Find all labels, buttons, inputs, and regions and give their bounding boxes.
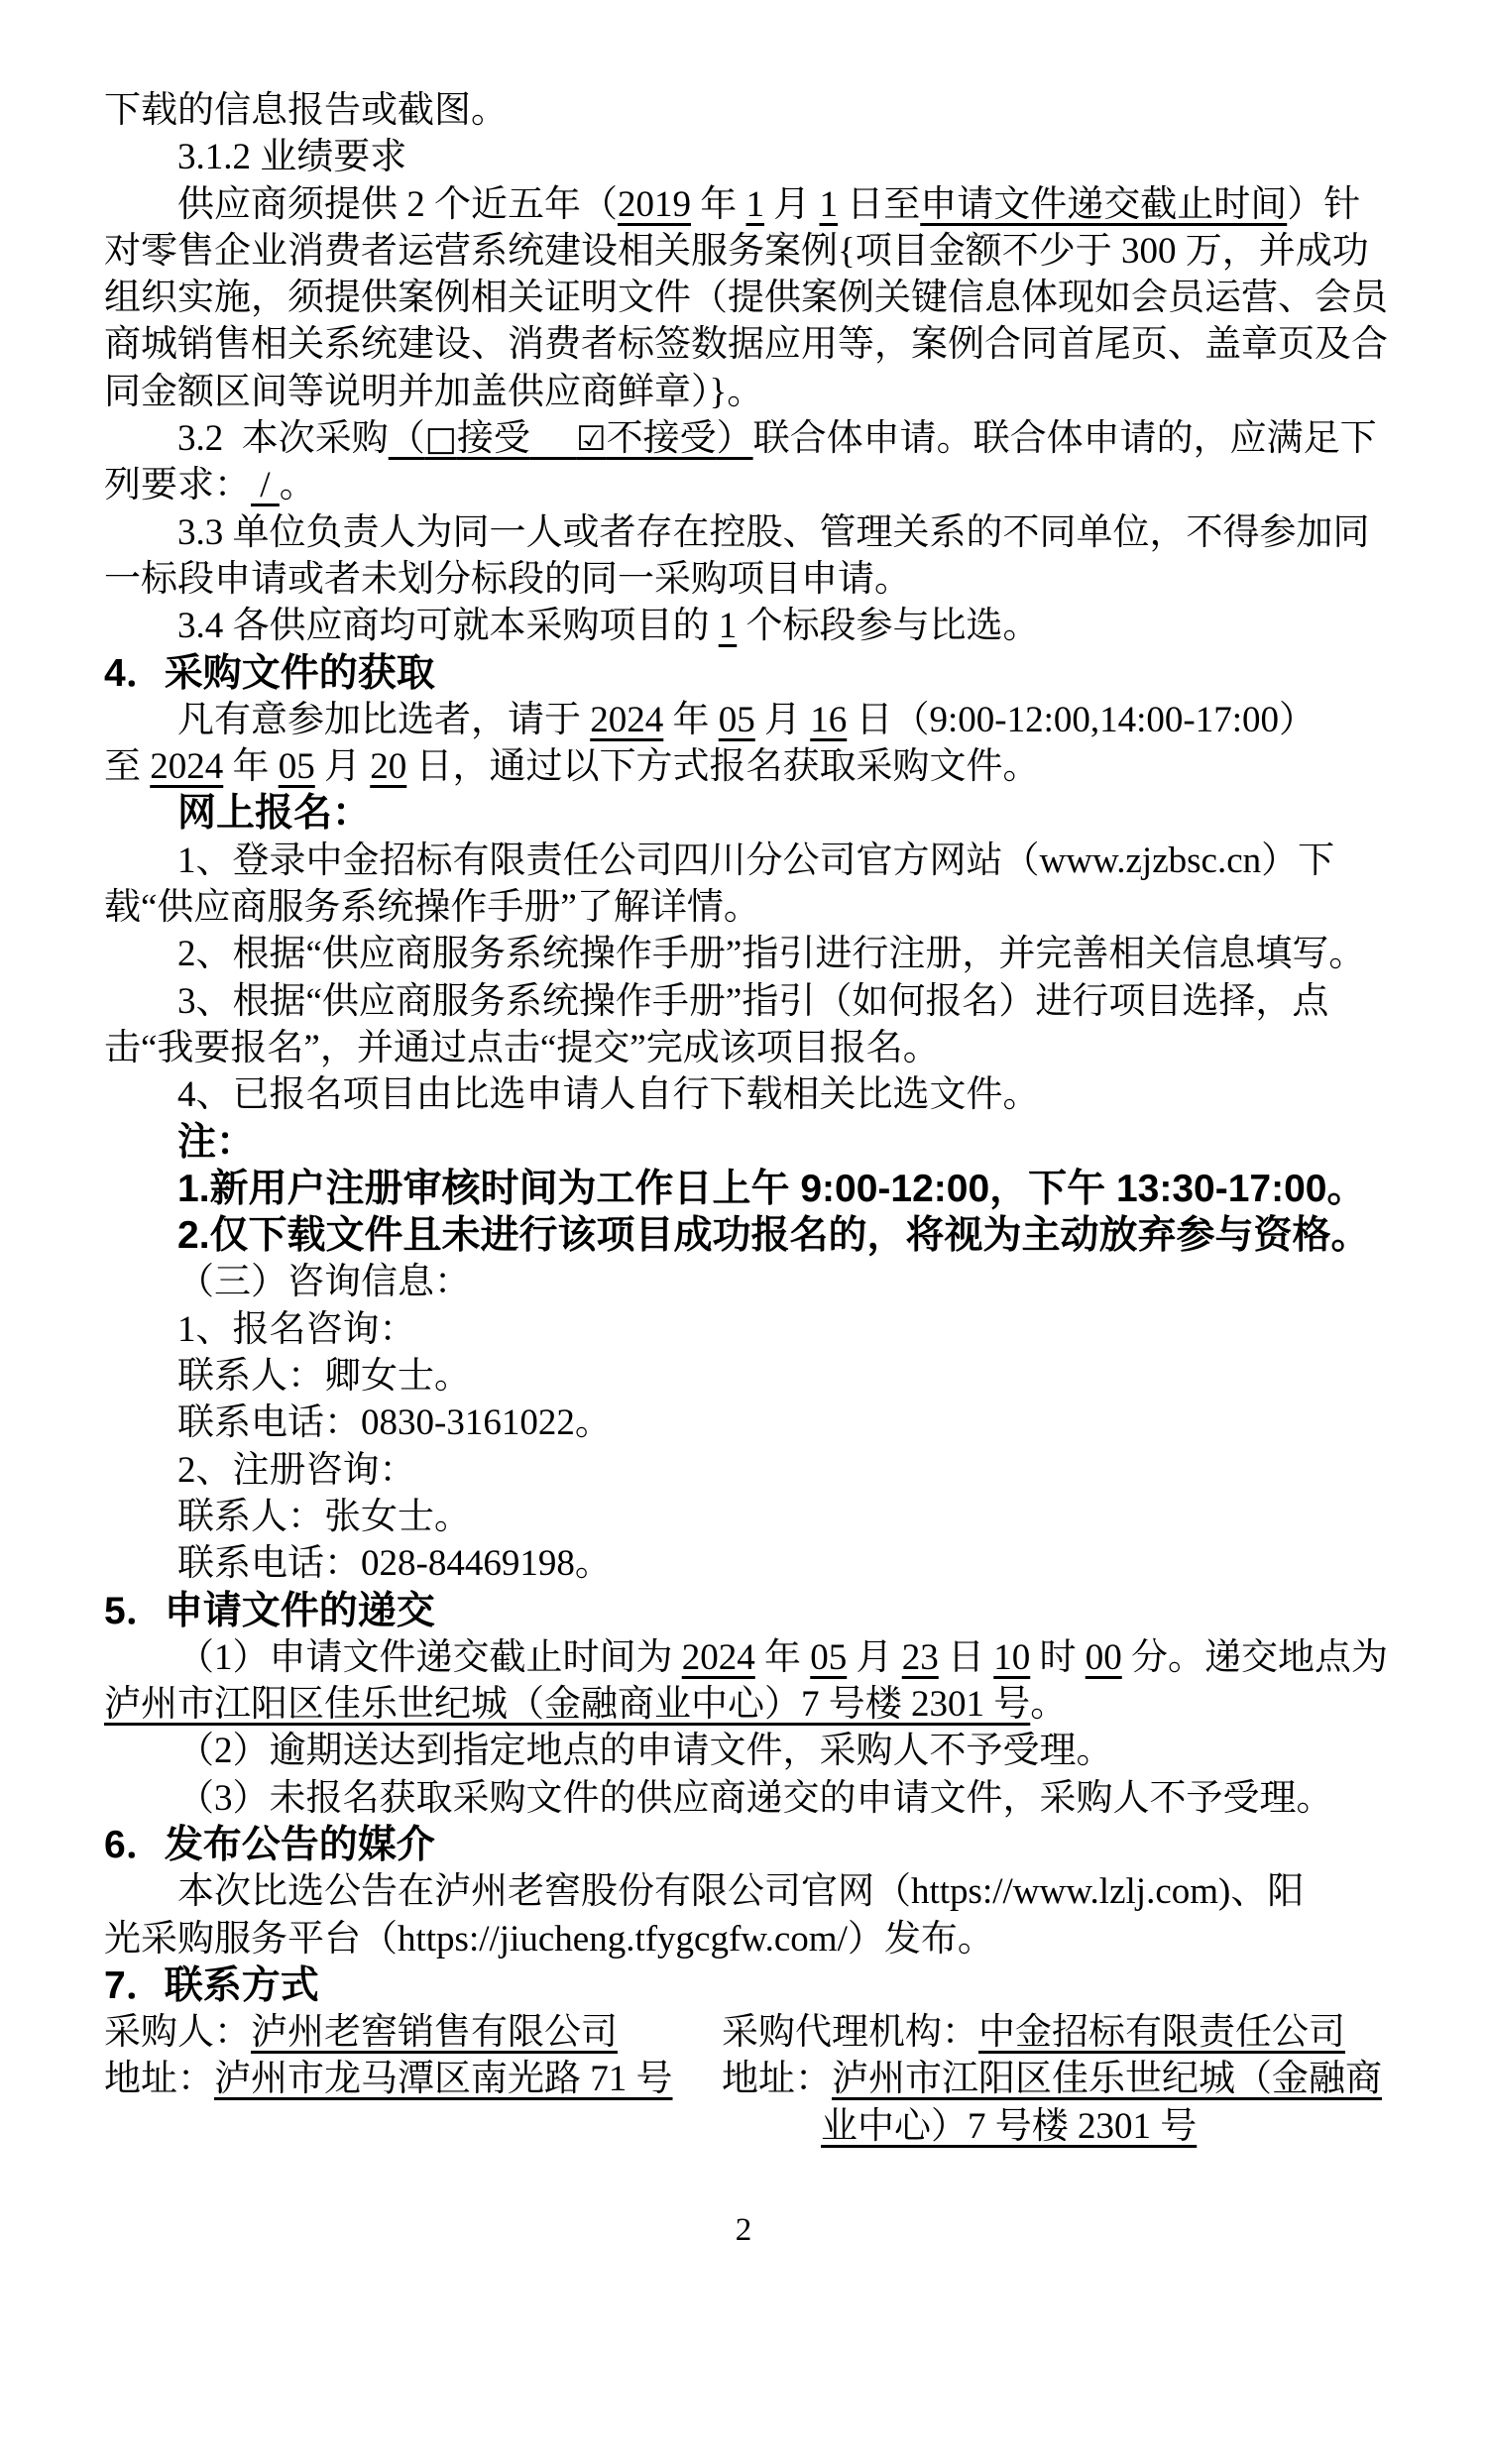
text-segment: 日，通过以下方式报名获取采购文件。 <box>406 746 1039 787</box>
text-segment: 联系电话：0830-3161022。 <box>177 1402 612 1443</box>
text-segment: 泸州市江阳区佳乐世纪城（金融商业中心）7 号楼 2301 号 <box>104 1684 1030 1725</box>
text-segment: 一标段申请或者未划分标段的同一采购项目申请。 <box>104 559 911 600</box>
text-segment: 凡有意参加比选者，请于 <box>177 700 590 740</box>
text-segment: 联系人：卿女士。 <box>177 1356 471 1397</box>
text-segment: 4．采购文件的获取 <box>104 652 435 695</box>
text-segment: 列要求： <box>104 465 251 505</box>
heading-online-registration: 网上报名： <box>104 790 1393 837</box>
para-media: 本次比选公告在泸州老窖股份有限公司官网（https://www.lzlj.com… <box>104 1868 1393 1915</box>
text-segment: 联系电话：028-84469198。 <box>177 1543 612 1584</box>
column-right: 采购代理机构：中金招标有限责任公司 <box>722 2009 1345 2056</box>
para-note-2: 2.仅下载文件且未进行该项目成功报名的，将视为主动放弃参与资格。 <box>104 1212 1393 1259</box>
text-segment: 组织实施，须提供案例相关证明文件（提供案例关键信息体现如会员运营、会员 <box>104 278 1388 318</box>
text-segment: 至 <box>104 746 150 787</box>
text-segment: 1 <box>719 606 738 646</box>
text-segment: 10 <box>993 1637 1030 1678</box>
text-segment: 月 <box>847 1637 902 1678</box>
checkbox-checked-icon: ☑ <box>576 419 606 459</box>
heading-3-1-2: 3.1.2 业绩要求 <box>104 134 1393 180</box>
text-segment: 泸州老窖销售有限公司 <box>251 2012 618 2053</box>
text-segment: 1 <box>746 184 765 225</box>
page-number: 2 <box>0 2207 1487 2254</box>
text-segment: 泸州市龙马潭区南光路 71 号 <box>214 2059 673 2099</box>
text-segment: 年 <box>691 184 746 225</box>
text-segment: （ <box>389 418 425 459</box>
text-segment: / <box>251 465 280 505</box>
para-unregistered: （3）未报名获取采购文件的供应商递交的申请文件，采购人不予受理。 <box>104 1775 1393 1822</box>
heading-5-submission: 5．申请文件的递交 <box>104 1588 1393 1634</box>
text-segment: 1、报名咨询： <box>177 1309 416 1350</box>
text-segment: 年 <box>755 1637 811 1678</box>
para-performance-req: 商城销售相关系统建设、消费者标签数据应用等，案例合同首尾页、盖章页及合 <box>104 321 1393 368</box>
text-segment: 3.4 各供应商均可就本采购项目的 <box>177 606 719 646</box>
para-step-1: 载“供应商服务系统操作手册”了解详情。 <box>104 884 1393 931</box>
text-segment: 联系人：张女士。 <box>177 1497 471 1537</box>
text-segment: 采购代理机构： <box>722 2012 978 2053</box>
para-3-4-lots: 3.4 各供应商均可就本采购项目的 1 个标段参与比选。 <box>104 603 1393 649</box>
text-segment: 2024 <box>150 746 223 787</box>
text-segment: 分。递交地点为 <box>1122 1637 1388 1678</box>
para-contact-person: 联系人：卿女士。 <box>104 1353 1393 1400</box>
text-segment: 下载的信息报告或截图。 <box>104 90 508 131</box>
document-page: 下载的信息报告或截图。3.1.2 业绩要求供应商须提供 2 个近五年（2019 … <box>0 0 1487 2464</box>
heading-consult-info: （三）咨询信息： <box>104 1259 1393 1305</box>
heading-7-contact: 7．联系方式 <box>104 1962 1393 2009</box>
row-purchaser-agency: 采购人：泸州老窖销售有限公司采购代理机构：中金招标有限责任公司 <box>104 2009 1393 2056</box>
para-note-1: 1.新用户注册审核时间为工作日上午 9:00-12:00，下午 13:30-17… <box>104 1166 1393 1212</box>
text-segment: 申请文件递交截止时间 <box>920 184 1287 225</box>
text-segment: 年 <box>663 700 719 740</box>
text-segment: 联合体申请。联合体申请的，应满足下 <box>753 418 1377 459</box>
para-performance-req: 组织实施，须提供案例相关证明文件（提供案例关键信息体现如会员运营、会员 <box>104 275 1393 321</box>
text-segment: 2024 <box>682 1637 755 1678</box>
para-download-note: 下载的信息报告或截图。 <box>104 87 1393 134</box>
column-right: 业中心）7 号楼 2301 号 <box>821 2103 1197 2150</box>
text-segment: 05 <box>719 700 755 740</box>
para-performance-req: 对零售企业消费者运营系统建设相关服务案例{项目金额不少于 300 万，并成功 <box>104 228 1393 275</box>
text-segment: 3.3 单位负责人为同一人或者存在控股、管理关系的不同单位，不得参加同 <box>177 512 1370 553</box>
para-contact-phone: 联系电话：0830-3161022。 <box>104 1400 1393 1446</box>
para-contact-person: 联系人：张女士。 <box>104 1494 1393 1540</box>
text-segment: 2、根据“供应商服务系统操作手册”指引进行注册，并完善相关信息填写。 <box>177 934 1365 974</box>
text-segment: 2019 <box>618 184 691 225</box>
text-segment: 3.2 本次采购 <box>177 418 389 459</box>
text-segment: 2、注册咨询： <box>177 1450 416 1491</box>
text-segment: 日至 <box>838 184 920 225</box>
para-signup-consult: 1、报名咨询： <box>104 1306 1393 1353</box>
text-segment: 7．联系方式 <box>104 1964 319 2007</box>
text-segment: 。 <box>1030 1684 1067 1725</box>
text-segment: 本次比选公告在泸州老窖股份有限公司官网（https://www.lzlj.com… <box>177 1871 1304 1912</box>
text-segment: 05 <box>810 1637 847 1678</box>
para-deadline: （1）申请文件递交截止时间为 2024 年 05 月 23 日 10 时 00 … <box>104 1634 1393 1681</box>
text-segment: 地址： <box>104 2059 214 2099</box>
text-segment: 23 <box>902 1637 939 1678</box>
text-segment: 2.仅下载文件且未进行该项目成功报名的，将视为主动放弃参与资格。 <box>177 1214 1370 1257</box>
text-segment: 网上报名： <box>177 792 371 835</box>
heading-6-media: 6．发布公告的媒介 <box>104 1822 1393 1868</box>
text-segment: 接受 <box>457 418 530 459</box>
para-3-2-consortium: 列要求： / 。 <box>104 462 1393 508</box>
text-segment: 4、已报名项目由比选申请人自行下载相关比选文件。 <box>177 1074 1040 1115</box>
text-segment: 时 <box>1030 1637 1086 1678</box>
text-segment: 光采购服务平台（https://jiucheng.tfygcgfw.com/）发… <box>104 1919 994 1960</box>
text-segment: 击“我要报名”，并通过点击“提交”完成该项目报名。 <box>104 1028 940 1068</box>
text-segment: 月 <box>764 184 820 225</box>
para-register-consult: 2、注册咨询： <box>104 1447 1393 1494</box>
text-segment: 载“供应商服务系统操作手册”了解详情。 <box>104 887 760 928</box>
row-addresses: 地址：泸州市龙马潭区南光路 71 号地址：泸州市江阳区佳乐世纪城（金融商 <box>104 2056 1393 2102</box>
heading-4-document-acquisition: 4．采购文件的获取 <box>104 650 1393 697</box>
column-left: 采购人：泸州老窖销售有限公司 <box>104 2009 618 2056</box>
para-step-3: 击“我要报名”，并通过点击“提交”完成该项目报名。 <box>104 1025 1393 1071</box>
para-performance-req: 同金额区间等说明并加盖供应商鲜章）}。 <box>104 369 1393 415</box>
text-segment: 1.新用户注册审核时间为工作日上午 9:00-12:00，下午 13:30-17… <box>177 1168 1365 1210</box>
text-segment: 00 <box>1086 1637 1122 1678</box>
text-segment: 采购人： <box>104 2012 251 2053</box>
text-segment: 日（9:00-12:00,14:00-17:00） <box>847 700 1315 740</box>
text-segment: 个标段参与比选。 <box>737 606 1039 646</box>
text-segment: 5．申请文件的递交 <box>104 1590 435 1632</box>
text-segment: （1）申请文件递交截止时间为 <box>177 1637 682 1678</box>
text-segment: 商城销售相关系统建设、消费者标签数据应用等，案例合同首尾页、盖章页及合 <box>104 324 1388 365</box>
para-acquisition-time: 凡有意参加比选者，请于 2024 年 05 月 16 日（9:00-12:00,… <box>104 697 1393 743</box>
checkbox-unchecked-icon: □ <box>425 419 457 459</box>
text-segment: 注： <box>177 1121 255 1164</box>
text-segment: ） <box>717 418 753 459</box>
text-segment: 2024 <box>590 700 663 740</box>
heading-note: 注： <box>104 1119 1393 1166</box>
text-segment: 16 <box>810 700 847 740</box>
text-segment: 供应商须提供 2 个近五年（ <box>177 184 618 225</box>
text-segment <box>530 418 576 459</box>
text-segment: 泸州市江阳区佳乐世纪城（金融商 <box>832 2059 1382 2099</box>
para-step-2: 2、根据“供应商服务系统操作手册”指引进行注册，并完善相关信息填写。 <box>104 931 1393 977</box>
text-segment: 业中心）7 号楼 2301 号 <box>821 2106 1197 2147</box>
text-segment: 月 <box>755 700 811 740</box>
para-step-4: 4、已报名项目由比选申请人自行下载相关比选文件。 <box>104 1071 1393 1118</box>
text-segment: 中金招标有限责任公司 <box>978 2012 1345 2053</box>
para-media: 光采购服务平台（https://jiucheng.tfygcgfw.com/）发… <box>104 1916 1393 1962</box>
column-right: 地址：泸州市江阳区佳乐世纪城（金融商 <box>722 2056 1382 2102</box>
text-segment: 1 <box>820 184 839 225</box>
text-segment: （2）逾期送达到指定地点的申请文件，采购人不予受理。 <box>177 1731 1113 1771</box>
row-address-continued: 业中心）7 号楼 2301 号 <box>104 2103 1393 2150</box>
para-3-3-same-person: 一标段申请或者未划分标段的同一采购项目申请。 <box>104 556 1393 603</box>
para-acquisition-time: 至 2024 年 05 月 20 日，通过以下方式报名获取采购文件。 <box>104 743 1393 790</box>
para-performance-req: 供应商须提供 2 个近五年（2019 年 1 月 1 日至申请文件递交截止时间）… <box>104 181 1393 228</box>
para-step-1: 1、登录中金招标有限责任公司四川分公司官方网站（www.zjzbsc.cn）下 <box>104 838 1393 884</box>
para-deadline-address: 泸州市江阳区佳乐世纪城（金融商业中心）7 号楼 2301 号。 <box>104 1681 1393 1728</box>
text-segment: 日 <box>939 1637 994 1678</box>
text-segment: 6．发布公告的媒介 <box>104 1824 435 1866</box>
text-segment: 对零售企业消费者运营系统建设相关服务案例{项目金额不少于 300 万，并成功 <box>104 231 1369 272</box>
text-segment: 年 <box>223 746 279 787</box>
text-segment: 同金额区间等说明并加盖供应商鲜章）}。 <box>104 372 763 412</box>
text-segment: （三）咨询信息： <box>177 1262 471 1302</box>
text-segment: ）针 <box>1287 184 1360 225</box>
para-overdue: （2）逾期送达到指定地点的申请文件，采购人不予受理。 <box>104 1728 1393 1774</box>
text-segment: 3、根据“供应商服务系统操作手册”指引（如何报名）进行项目选择，点 <box>177 981 1328 1022</box>
document-body: 下载的信息报告或截图。3.1.2 业绩要求供应商须提供 2 个近五年（2019 … <box>104 87 1393 2150</box>
para-3-3-same-person: 3.3 单位负责人为同一人或者存在控股、管理关系的不同单位，不得参加同 <box>104 509 1393 556</box>
text-segment: 。 <box>280 465 316 505</box>
column-left: 地址：泸州市龙马潭区南光路 71 号 <box>104 2056 673 2102</box>
text-segment: 不接受 <box>607 418 717 459</box>
text-segment: 1、登录中金招标有限责任公司四川分公司官方网站（www.zjzbsc.cn）下 <box>177 840 1334 881</box>
para-3-2-consortium: 3.2 本次采购（□接受 ☑不接受）联合体申请。联合体申请的，应满足下 <box>104 415 1393 462</box>
text-segment: 地址： <box>722 2059 832 2099</box>
text-segment: 05 <box>279 746 315 787</box>
text-segment: （3）未报名获取采购文件的供应商递交的申请文件，采购人不予受理。 <box>177 1778 1333 1819</box>
para-contact-phone: 联系电话：028-84469198。 <box>104 1540 1393 1587</box>
text-segment: 月 <box>315 746 371 787</box>
para-step-3: 3、根据“供应商服务系统操作手册”指引（如何报名）进行项目选择，点 <box>104 978 1393 1025</box>
text-segment: 20 <box>370 746 406 787</box>
text-segment: 3.1.2 业绩要求 <box>177 137 406 177</box>
